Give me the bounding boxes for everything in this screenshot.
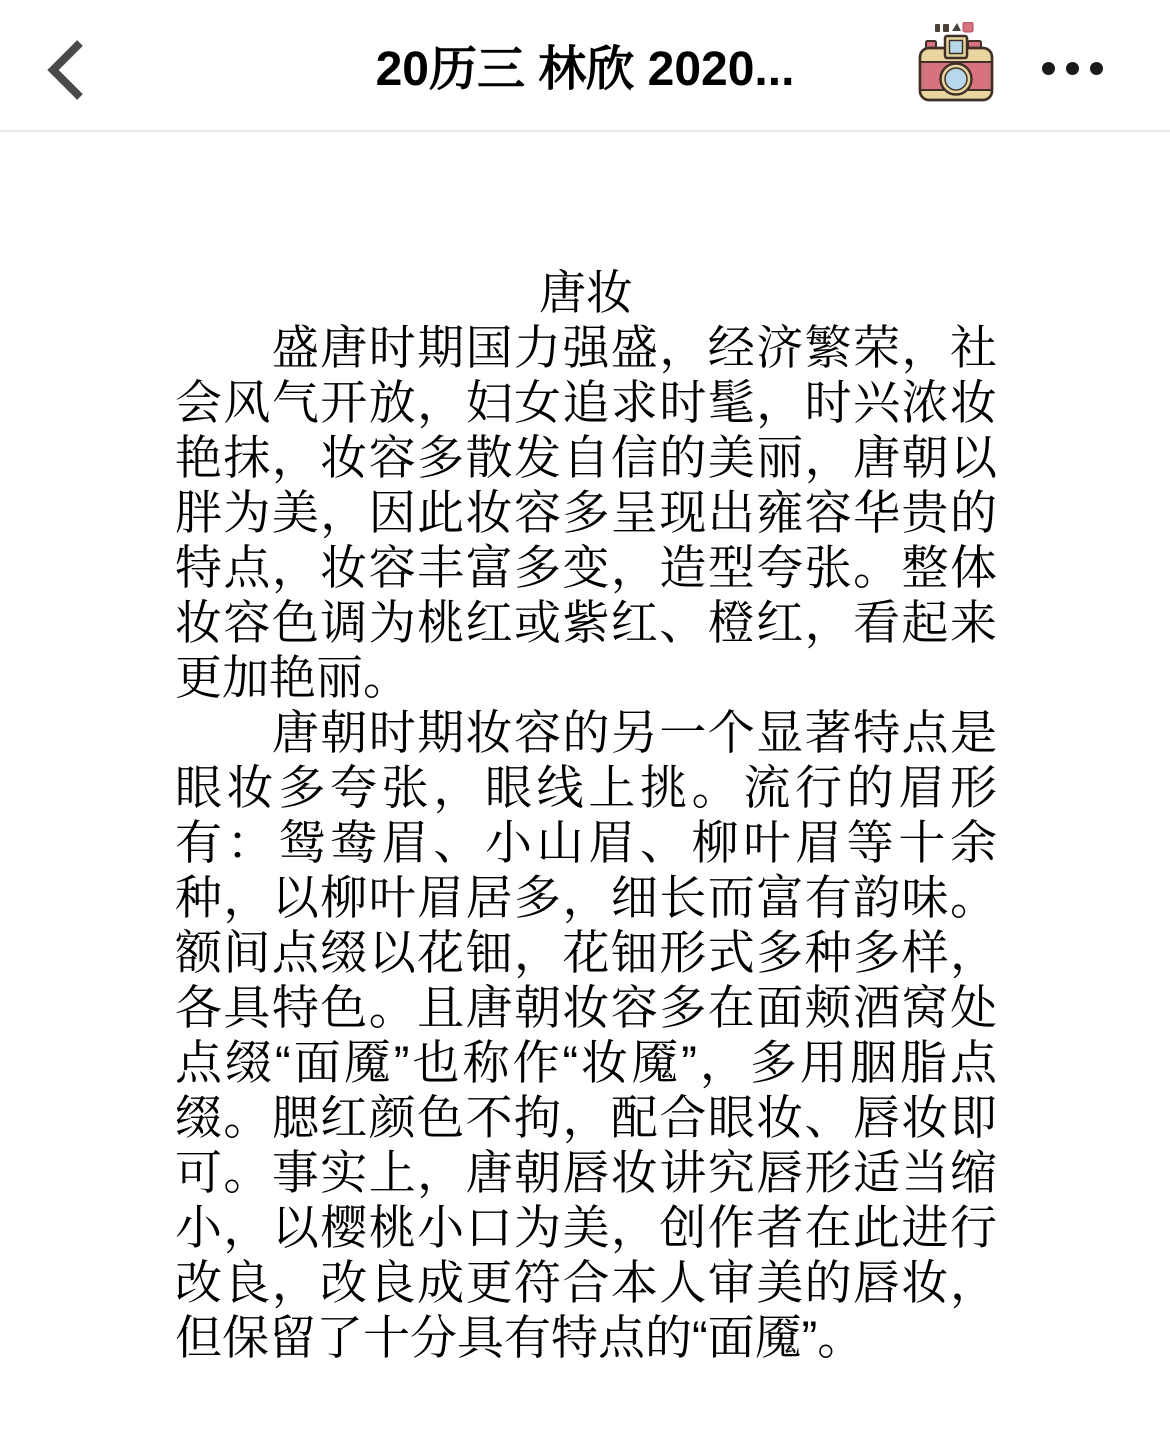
text-line: 艳抹，妆容多散发自信的美丽，唐朝以	[175, 430, 997, 485]
paragraph: 盛唐时期国力强盛，经济繁荣，社会风气开放，妇女追求时髦，时兴浓妆艳抹，妆容多散发…	[175, 320, 997, 705]
text-line: 小，以樱桃小口为美，创作者在此进行	[175, 1200, 997, 1255]
text-line: 妆容色调为桃红或紫红、橙红，看起来	[175, 595, 997, 650]
text-line: 有：鸳鸯眉、小山眉、柳叶眉等十余	[175, 815, 997, 870]
app-screen: 20历三 林欣 2020...	[0, 0, 1170, 1436]
text-line: 额间点缀以花钿，花钿形式多种多样，	[175, 925, 997, 980]
text-line: 更加艳丽。	[175, 650, 997, 705]
page-title: 20历三 林欣 2020...	[0, 44, 1170, 96]
text-line: 会风气开放，妇女追求时髦，时兴浓妆	[175, 375, 997, 430]
text-line: 可。事实上，唐朝唇妆讲究唇形适当缩	[175, 1145, 997, 1200]
text-line: 盛唐时期国力强盛，经济繁荣，社	[175, 320, 997, 375]
more-dots-icon	[1042, 62, 1103, 75]
text-line: 眼妆多夸张，眼线上挑。流行的眉形	[175, 760, 997, 815]
more-button[interactable]	[1030, 48, 1114, 88]
camera-sticker-button[interactable]	[918, 22, 994, 108]
paragraph: 唐朝时期妆容的另一个显著特点是眼妆多夸张，眼线上挑。流行的眉形有：鸳鸯眉、小山眉…	[175, 705, 997, 1365]
text-line: 但保留了十分具有特点的“面魇”。	[175, 1310, 997, 1365]
text-line: 种，以柳叶眉居多，细长而富有韵味。	[175, 870, 997, 925]
text-line: 缀。腮红颜色不拘，配合眼妆、唇妆即	[175, 1090, 997, 1145]
camera-icon	[918, 22, 994, 108]
text-line: 特点，妆容丰富多变，造型夸张。整体	[175, 540, 997, 595]
sticker-caption-marks	[935, 22, 973, 32]
text-line: 点缀“面魇”也称作“妆魇”，多用胭脂点	[175, 1035, 997, 1090]
document-title: 唐妆	[175, 265, 997, 320]
text-line: 各具特色。且唐朝妆容多在面颊酒窝处	[175, 980, 997, 1035]
text-line: 胖为美，因此妆容多呈现出雍容华贵的	[175, 485, 997, 540]
document-paragraphs: 盛唐时期国力强盛，经济繁荣，社会风气开放，妇女追求时髦，时兴浓妆艳抹，妆容多散发…	[175, 320, 997, 1365]
text-line: 唐朝时期妆容的另一个显著特点是	[175, 705, 997, 760]
document-scroll-area[interactable]: 唐妆 盛唐时期国力强盛，经济繁荣，社会风气开放，妇女追求时髦，时兴浓妆艳抹，妆容…	[0, 132, 997, 1434]
navbar: 20历三 林欣 2020...	[0, 0, 1170, 132]
text-line: 改良，改良成更符合本人审美的唇妆，	[175, 1255, 997, 1310]
